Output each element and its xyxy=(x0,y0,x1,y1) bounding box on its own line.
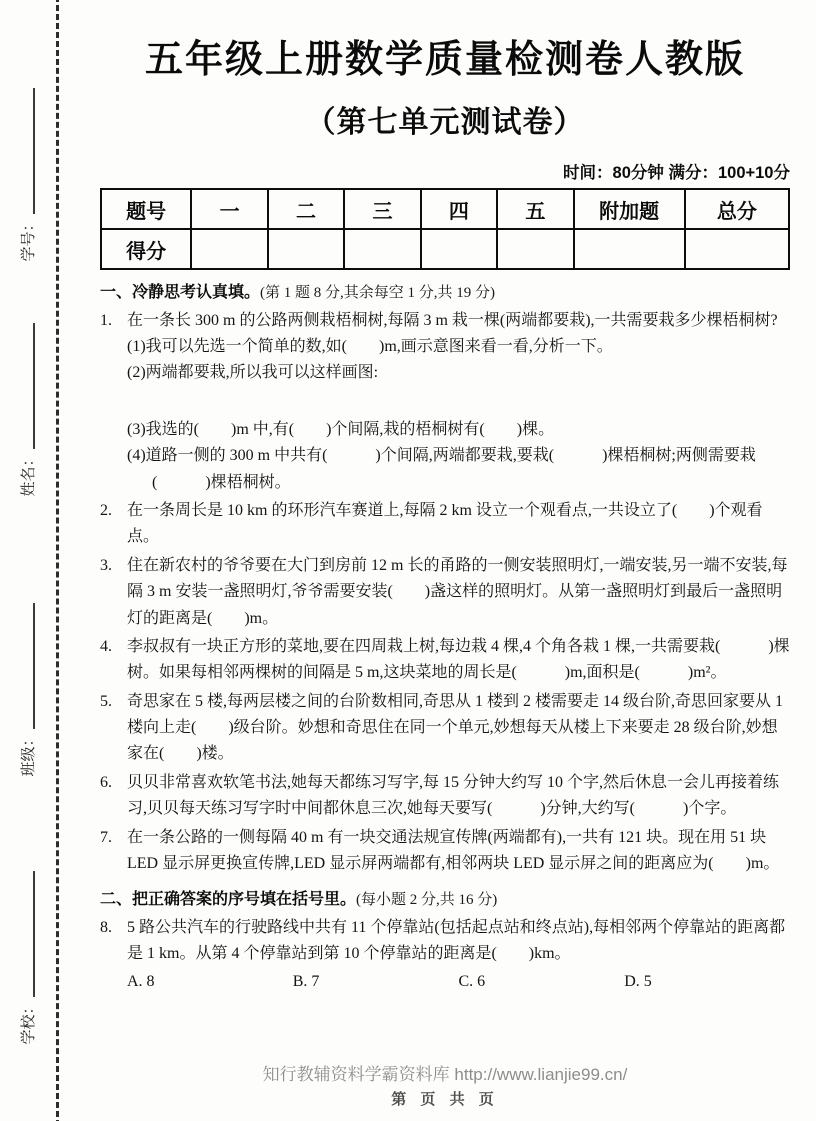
score-cell xyxy=(344,229,420,269)
cut-dashed-line xyxy=(56,0,59,1121)
question-5-text: 奇思家在 5 楼,每两层楼之间的台阶数相同,奇思从 1 楼到 2 楼需要走 14… xyxy=(127,689,790,768)
score-table-header-row: 题号 一 二 三 四 五 附加题 总分 xyxy=(101,189,789,229)
name-blank-line xyxy=(20,324,35,450)
score-header-one: 一 xyxy=(191,189,267,229)
question-5-number: 5. xyxy=(100,689,127,768)
page-title: 五年级上册数学质量检测卷人教版 xyxy=(100,28,790,83)
section-2-title: 二、把正确答案的序号填在括号里。 xyxy=(100,891,356,908)
question-6: 6. 贝贝非常喜欢软笔书法,她每天都练习写字,每 15 分钟大约写 10 个字,… xyxy=(100,770,790,823)
question-7: 7. 在一条公路的一侧每隔 40 m 有一块交通法规宣传牌(两端都有),一共有 … xyxy=(100,825,790,878)
school-label: 学校： xyxy=(17,1000,38,1045)
choice-b: B. 7 xyxy=(293,969,459,995)
student-id-blank-line xyxy=(20,89,35,215)
score-header-five: 五 xyxy=(497,189,573,229)
score-cell xyxy=(685,229,789,269)
choice-c: C. 6 xyxy=(459,969,625,995)
section-1-title: 一、冷静思考认真填。 xyxy=(100,284,260,301)
question-1-sub-3: (3)我选的( )m 中,有( )个间隔,栽的梧桐树有( )棵。 xyxy=(127,417,790,443)
question-8-text: 5 路公共汽车的行驶路线中共有 11 个停靠站(包括起点站和终点站),每相邻两个… xyxy=(127,915,790,968)
question-8-choices: A. 8 B. 7 C. 6 D. 5 xyxy=(127,969,790,995)
section-2-heading: 二、把正确答案的序号填在括号里。(每小题 2 分,共 16 分) xyxy=(100,887,790,913)
question-8-number: 8. xyxy=(100,915,127,995)
score-header-four: 四 xyxy=(421,189,497,229)
score-cell xyxy=(497,229,573,269)
footer-watermark: 知行教辅资料学霸资料库 http://www.lianjie99.cn/ xyxy=(100,1060,790,1085)
score-cell xyxy=(268,229,344,269)
score-cell xyxy=(574,229,685,269)
score-header-total: 总分 xyxy=(685,189,789,229)
page-footer: 知行教辅资料学霸资料库 http://www.lianjie99.cn/ 第 页… xyxy=(100,1060,790,1109)
score-table: 题号 一 二 三 四 五 附加题 总分 得分 xyxy=(100,188,790,270)
choice-a: A. 8 xyxy=(127,969,293,995)
exam-page: 五年级上册数学质量检测卷人教版 （第七单元测试卷） 时间：80分钟 满分：100… xyxy=(100,0,790,995)
choice-d: D. 5 xyxy=(624,969,790,995)
name-field: 姓名： xyxy=(7,310,47,510)
school-blank-line xyxy=(20,872,35,998)
question-2-number: 2. xyxy=(100,498,127,551)
score-header-extra: 附加题 xyxy=(574,189,685,229)
question-6-text: 贝贝非常喜欢软笔书法,她每天都练习写字,每 15 分钟大约写 10 个字,然后休… xyxy=(127,770,790,823)
score-header-label: 题号 xyxy=(101,189,191,229)
question-8: 8. 5 路公共汽车的行驶路线中共有 11 个停靠站(包括起点站和终点站),每相… xyxy=(100,915,790,995)
class-label: 班级： xyxy=(17,732,38,777)
question-3-text: 住在新农村的爷爷要在大门到房前 12 m 长的甬路的一侧安装照明灯,一端安装,另… xyxy=(127,553,790,632)
question-7-text: 在一条公路的一侧每隔 40 m 有一块交通法规宣传牌(两端都有),一共有 121… xyxy=(127,825,790,878)
score-table-score-row: 得分 xyxy=(101,229,789,269)
question-4-text: 李叔叔有一块正方形的菜地,要在四周栽上树,每边栽 4 棵,4 个角各栽 1 棵,… xyxy=(127,634,790,687)
question-4-number: 4. xyxy=(100,634,127,687)
score-cell xyxy=(191,229,267,269)
question-6-number: 6. xyxy=(100,770,127,823)
score-row-label: 得分 xyxy=(101,229,191,269)
score-cell xyxy=(421,229,497,269)
name-label: 姓名： xyxy=(17,452,38,497)
question-1-sub-4: (4)道路一侧的 300 m 中共有( )个间隔,两端都要栽,要栽( )棵梧桐树… xyxy=(127,443,790,496)
score-header-two: 二 xyxy=(268,189,344,229)
score-header-three: 三 xyxy=(344,189,420,229)
exam-meta: 时间：80分钟 满分：100+10分 xyxy=(100,159,790,183)
page-subtitle: （第七单元测试卷） xyxy=(100,97,790,141)
question-1-text: 在一条长 300 m 的公路两侧栽梧桐树,每隔 3 m 栽一棵(两端都要栽),一… xyxy=(127,308,790,334)
section-1-heading: 一、冷静思考认真填。(第 1 题 8 分,其余每空 1 分,共 19 分) xyxy=(100,280,790,306)
section-1-note: (第 1 题 8 分,其余每空 1 分,共 19 分) xyxy=(260,285,495,301)
question-1-sub-1: (1)我可以先选一个简单的数,如( )m,画示意图来看一看,分析一下。 xyxy=(127,334,790,360)
student-id-label: 学号： xyxy=(17,217,38,262)
class-blank-line xyxy=(20,604,35,730)
question-1-drawing-space xyxy=(127,387,790,417)
question-7-number: 7. xyxy=(100,825,127,878)
question-4: 4. 李叔叔有一块正方形的菜地,要在四周栽上树,每边栽 4 棵,4 个角各栽 1… xyxy=(100,634,790,687)
question-1-number: 1. xyxy=(100,308,127,496)
question-1-sub-2: (2)两端都要栽,所以我可以这样画图: xyxy=(127,360,790,386)
question-2: 2. 在一条周长是 10 km 的环形汽车赛道上,每隔 2 km 设立一个观看点… xyxy=(100,498,790,551)
section-2-note: (每小题 2 分,共 16 分) xyxy=(356,892,497,908)
class-field: 班级： xyxy=(7,590,47,790)
student-id-field: 学号： xyxy=(7,75,47,275)
question-3-number: 3. xyxy=(100,553,127,632)
school-field: 学校： xyxy=(7,858,47,1058)
question-3: 3. 住在新农村的爷爷要在大门到房前 12 m 长的甬路的一侧安装照明灯,一端安… xyxy=(100,553,790,632)
question-2-text: 在一条周长是 10 km 的环形汽车赛道上,每隔 2 km 设立一个观看点,一共… xyxy=(127,498,790,551)
footer-page-number: 第 页 共 页 xyxy=(100,1088,790,1109)
question-1: 1. 在一条长 300 m 的公路两侧栽梧桐树,每隔 3 m 栽一棵(两端都要栽… xyxy=(100,308,790,496)
question-5: 5. 奇思家在 5 楼,每两层楼之间的台阶数相同,奇思从 1 楼到 2 楼需要走… xyxy=(100,689,790,768)
